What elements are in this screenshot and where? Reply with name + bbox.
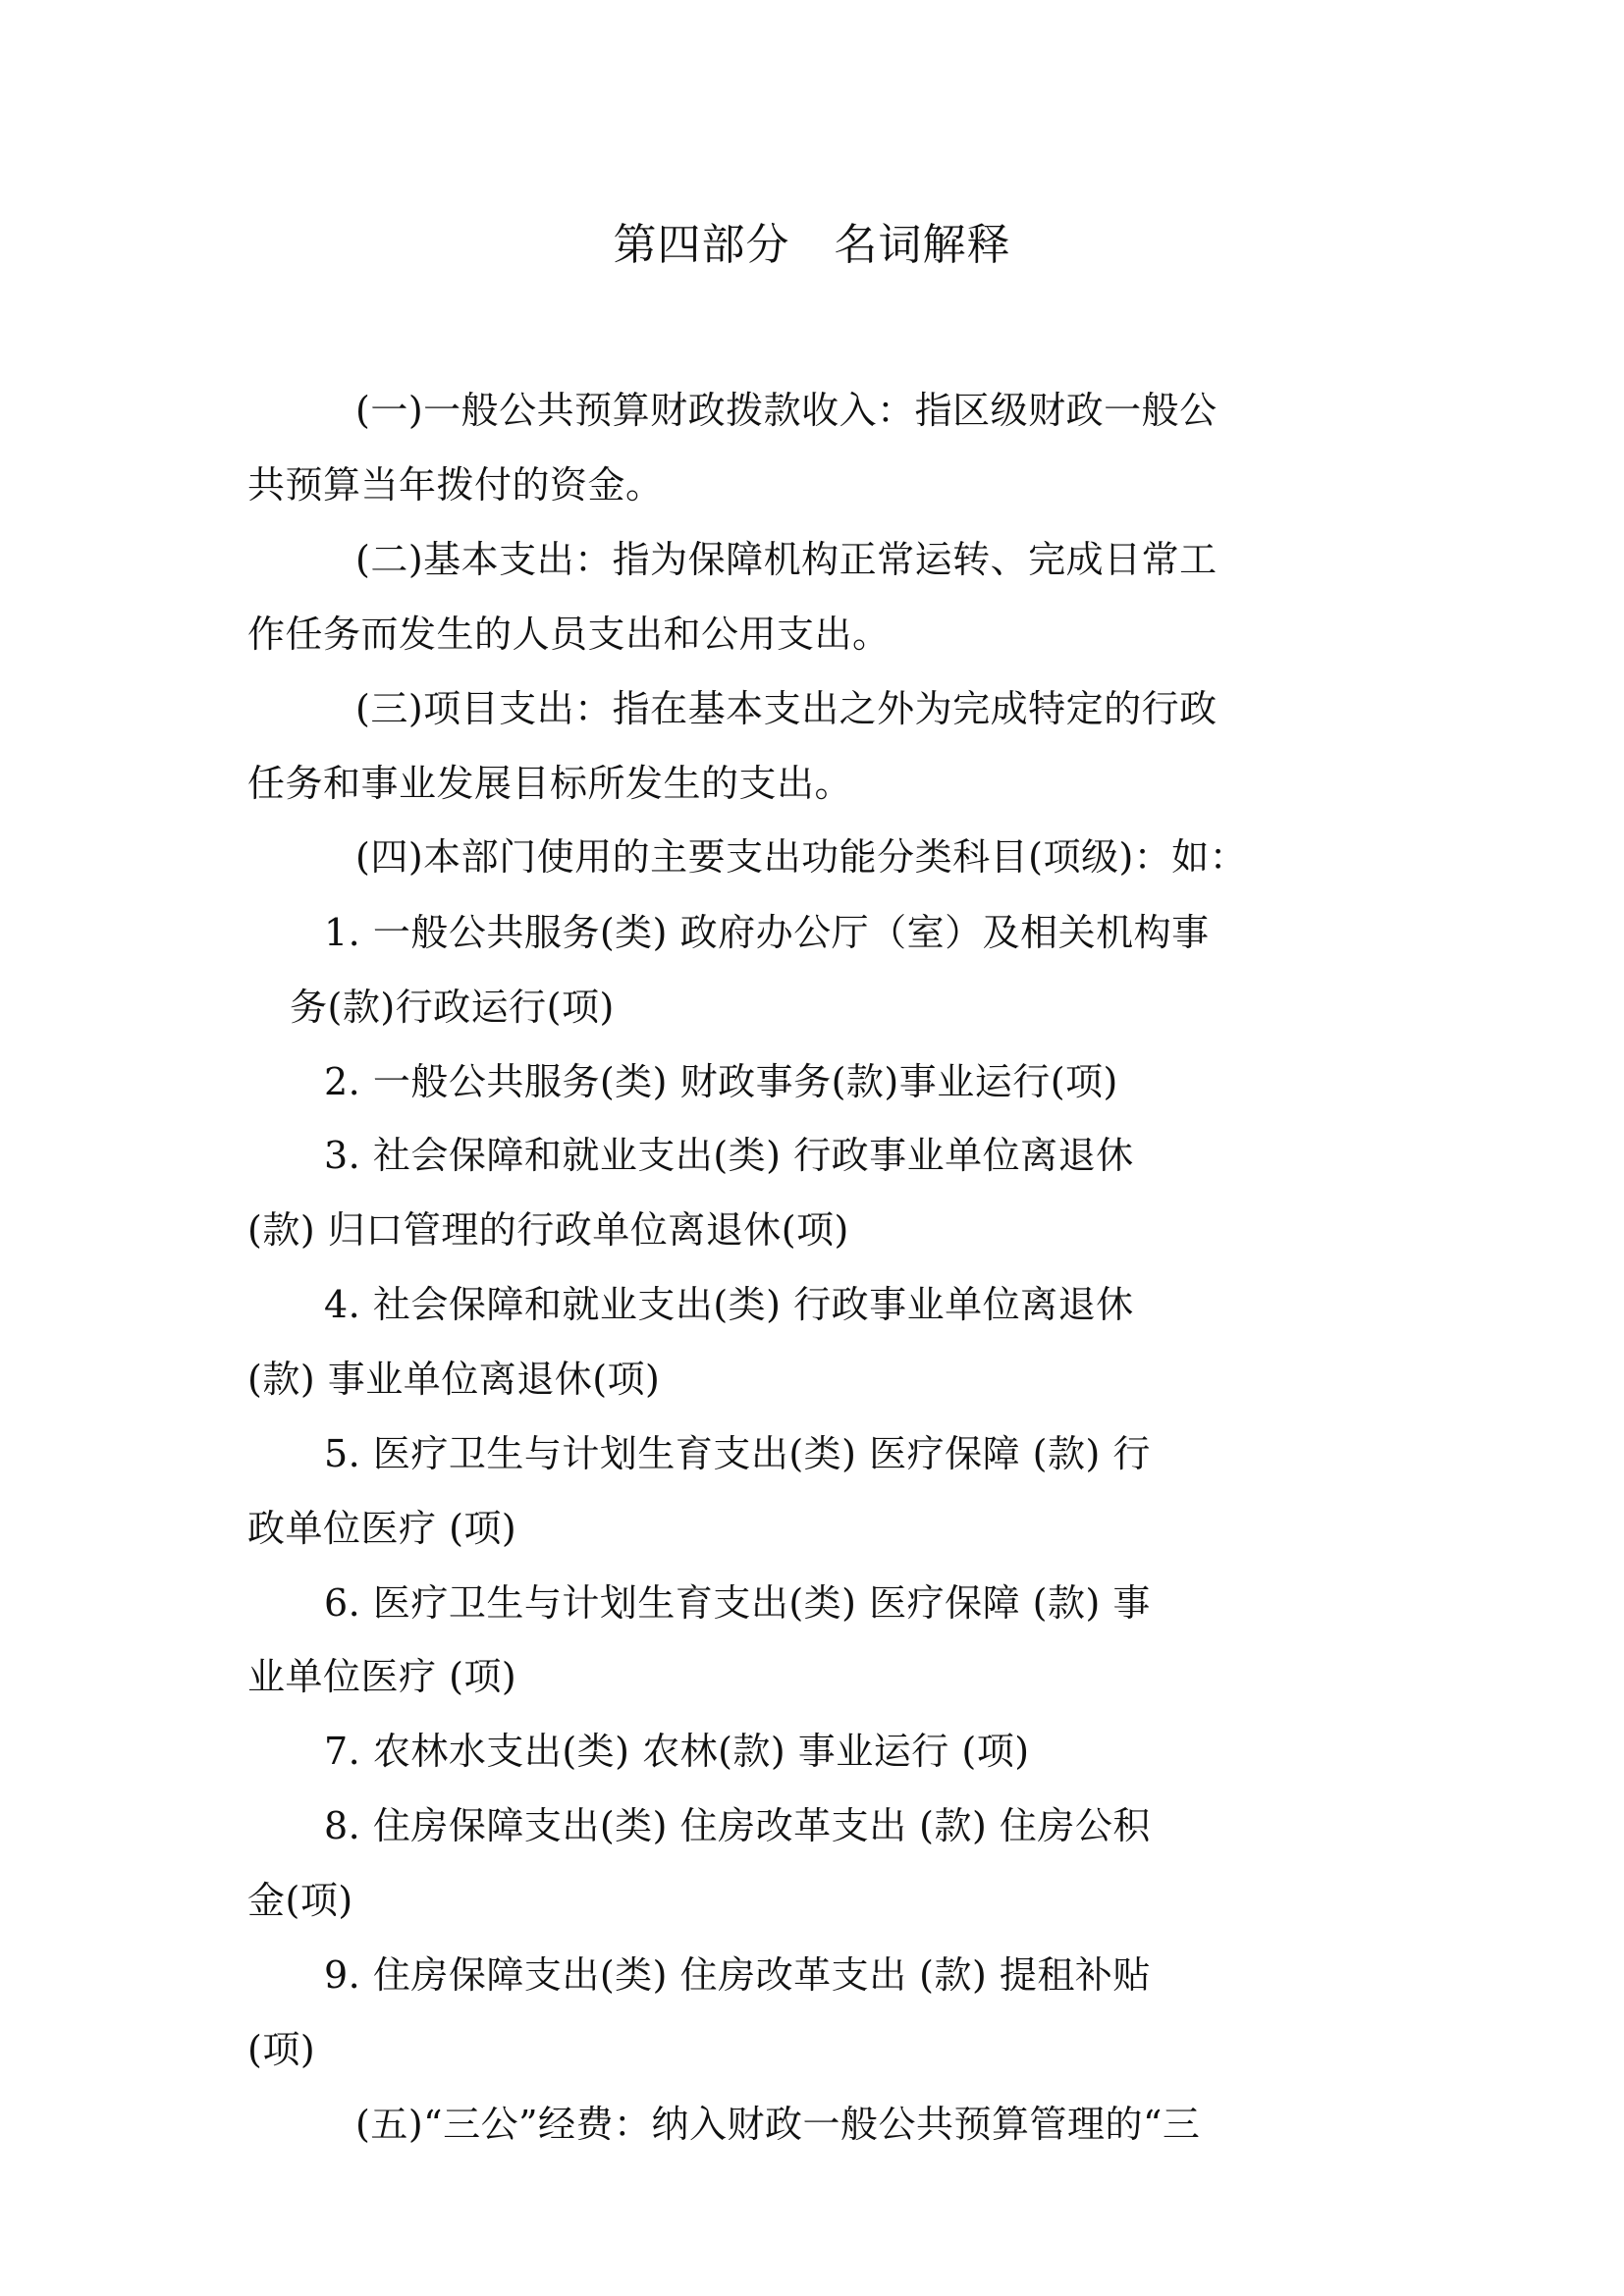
list-item-4-line-1: 4. 社会保障和就业支出(类) 行政事业单位离退休 <box>324 1277 1134 1332</box>
list-item-5-line-2: 政单位医疗 (项) <box>247 1501 516 1556</box>
paragraph-3-line-1: (三)项目支出：指在基本支出之外为完成特定的行政 <box>355 681 1218 736</box>
list-item-6-line-1: 6. 医疗卫生与计划生育支出(类) 医疗保障 (款) 事 <box>324 1575 1151 1630</box>
list-item-9-line-1: 9. 住房保障支出(类) 住房改革支出 (款) 提租补贴 <box>324 1948 1151 2002</box>
list-item-1-line-1: 1. 一般公共服务(类) 政府办公厅（室）及相关机构事 <box>324 905 1210 960</box>
paragraph-3-line-2: 任务和事业发展目标所发生的支出。 <box>247 756 852 811</box>
list-item-7: 7. 农林水支出(类) 农林(款) 事业运行 (项) <box>324 1724 1030 1779</box>
paragraph-5-line-1: (五)“三公”经费：纳入财政一般公共预算管理的“三 <box>355 2097 1200 2152</box>
paragraph-4-heading: (四)本部门使用的主要支出功能分类科目(项级)：如： <box>355 829 1247 884</box>
list-item-6-line-2: 业单位医疗 (项) <box>247 1649 516 1704</box>
list-item-3-line-2: (款) 归口管理的行政单位离退休(项) <box>247 1202 849 1257</box>
list-item-1-line-2: 务(款)行政运行(项) <box>290 980 615 1035</box>
page-title: 第四部分 名词解释 <box>0 214 1624 277</box>
paragraph-2-line-1: (二)基本支出：指为保障机构正常运转、完成日常工 <box>355 532 1218 587</box>
list-item-3-line-1: 3. 社会保障和就业支出(类) 行政事业单位离退休 <box>324 1128 1134 1183</box>
document-page: 第四部分 名词解释 (一)一般公共预算财政拨款收入：指区级财政一般公 共预算当年… <box>0 0 1624 2296</box>
list-item-8-line-1: 8. 住房保障支出(类) 住房改革支出 (款) 住房公积 <box>324 1798 1151 1853</box>
list-item-4-line-2: (款) 事业单位离退休(项) <box>247 1352 660 1407</box>
paragraph-1-line-2: 共预算当年拨付的资金。 <box>247 457 664 512</box>
paragraph-2-line-2: 作任务而发生的人员支出和公用支出。 <box>247 607 891 662</box>
list-item-5-line-1: 5. 医疗卫生与计划生育支出(类) 医疗保障 (款) 行 <box>324 1426 1151 1481</box>
paragraph-1-line-1: (一)一般公共预算财政拨款收入：指区级财政一般公 <box>355 383 1218 438</box>
list-item-8-line-2: 金(项) <box>247 1873 353 1928</box>
list-item-9-line-2: (项) <box>247 2022 315 2077</box>
list-item-2: 2. 一般公共服务(类) 财政事务(款)事业运行(项) <box>324 1054 1118 1109</box>
